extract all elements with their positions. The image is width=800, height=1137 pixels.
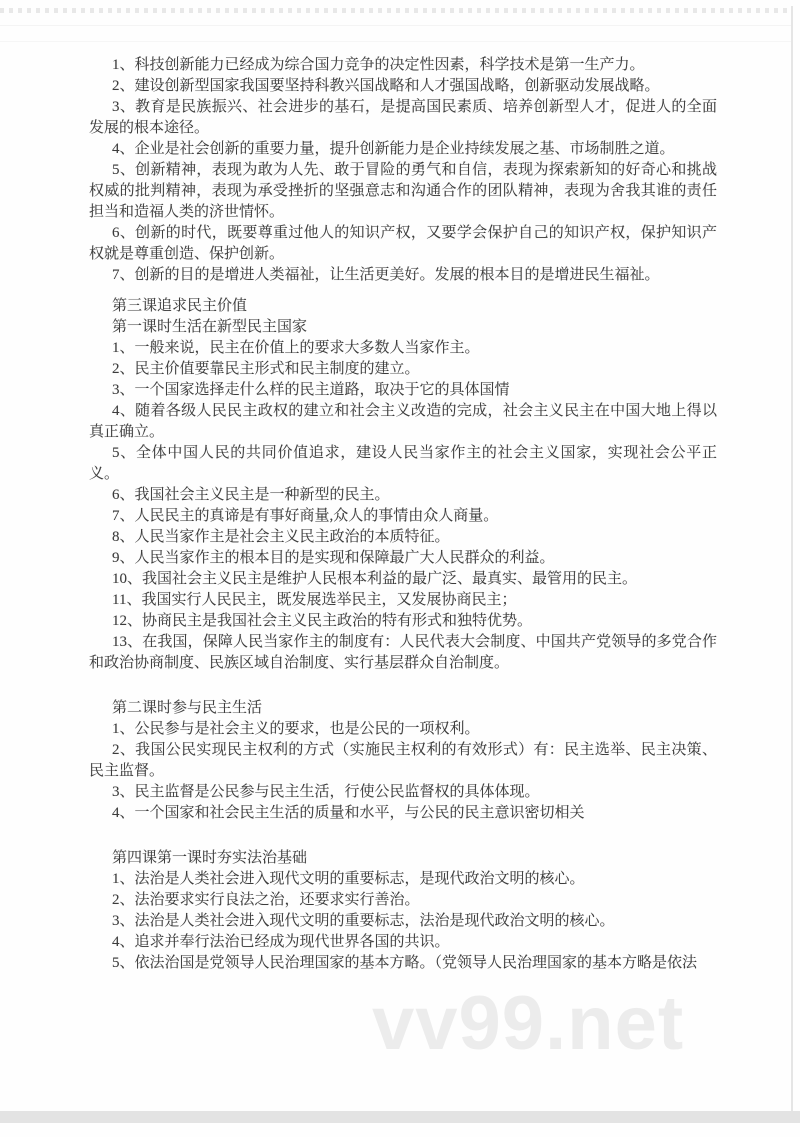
- section-heading: 第一课时生活在新型民主国家: [89, 317, 717, 338]
- note-item: 2、建设创新型国家我国要坚持科教兴国战略和人才强国战略，创新驱动发展战略。: [89, 76, 717, 97]
- page-right-edge-artifact: [791, 6, 793, 1112]
- note-item: 4、追求并奉行法治已经成为现代世界各国的共识。: [89, 932, 717, 953]
- document-section: 第三课追求民主价值第一课时生活在新型民主国家1、一般来说，民主在价值上的要求大多…: [89, 296, 717, 674]
- page-bottom-edge-artifact: [0, 1111, 800, 1123]
- document-content: 1、科技创新能力已经成为综合国力竞争的决定性因素，科学技术是第一生产力。2、建设…: [89, 55, 717, 974]
- note-item: 4、企业是社会创新的重要力量，提升创新能力是企业持续发展之基、市场制胜之道。: [89, 139, 717, 160]
- section-heading: 第三课追求民主价值: [89, 296, 717, 317]
- scan-line-artifact: [0, 25, 792, 26]
- document-section: 第四课第一课时夯实法治基础1、法治是人类社会进入现代文明的重要标志，是现代政治文…: [89, 848, 717, 974]
- note-item: 1、科技创新能力已经成为综合国力竞争的决定性因素，科学技术是第一生产力。: [89, 55, 717, 76]
- note-item: 6、我国社会主义民主是一种新型的民主。: [89, 485, 717, 506]
- watermark-text: vv99.net: [372, 980, 684, 1067]
- note-item: 5、创新精神，表现为敢为人先、敢于冒险的勇气和自信，表现为探索新知的好奇心和挑战…: [89, 160, 717, 223]
- note-item: 2、法治要求实行良法之治，还要求实行善治。: [89, 890, 717, 911]
- note-item: 8、人民当家作主是社会主义民主政治的本质特征。: [89, 527, 717, 548]
- note-item: 5、依法治国是党领导人民治理国家的基本方略。（党领导人民治理国家的基本方略是依法: [89, 953, 717, 974]
- section-heading: 第二课时参与民主生活: [89, 698, 717, 719]
- note-item: 3、法治是人类社会进入现代文明的重要标志，法治是现代政治文明的核心。: [89, 911, 717, 932]
- note-item: 4、一个国家和社会民主生活的质量和水平，与公民的民主意识密切相关: [89, 803, 717, 824]
- note-item: 2、民主价值要靠民主形式和民主制度的建立。: [89, 359, 717, 380]
- document-section: 1、科技创新能力已经成为综合国力竞争的决定性因素，科学技术是第一生产力。2、建设…: [89, 55, 717, 286]
- note-item: 1、公民参与是社会主义的要求，也是公民的一项权利。: [89, 719, 717, 740]
- note-item: 1、法治是人类社会进入现代文明的重要标志，是现代政治文明的核心。: [89, 869, 717, 890]
- note-item: 13、在我国，保障人民当家作主的制度有：人民代表大会制度、中国共产党领导的多党合…: [89, 632, 717, 674]
- scan-line-artifact: [0, 41, 792, 42]
- note-item: 6、创新的时代，既要尊重过他人的知识产权，又要学会保护自己的知识产权，保护知识产…: [89, 223, 717, 265]
- note-item: 4、随着各级人民民主政权的建立和社会主义改造的完成，社会主义民主在中国大地上得以…: [89, 401, 717, 443]
- note-item: 10、我国社会主义民主是维护人民根本利益的最广泛、最真实、最管用的民主。: [89, 569, 717, 590]
- note-item: 2、我国公民实现民主权利的方式（实施民主权利的有效形式）有：民主选举、民主决策、…: [89, 740, 717, 782]
- note-item: 7、创新的目的是增进人类福祉，让生活更美好。发展的根本目的是增进民生福祉。: [89, 265, 717, 286]
- note-item: 9、人民当家作主的根本目的是实现和保障最广大人民群众的利益。: [89, 548, 717, 569]
- note-item: 5、全体中国人民的共同价值追求，建设人民当家作主的社会主义国家，实现社会公平正义…: [89, 443, 717, 485]
- note-item: 11、我国实行人民民主，既发展选举民主，又发展协商民主；: [89, 590, 717, 611]
- note-item: 3、民主监督是公民参与民主生活，行使公民监督权的具体体现。: [89, 782, 717, 803]
- note-item: 12、协商民主是我国社会主义民主政治的特有形式和独特优势。: [89, 611, 717, 632]
- note-item: 7、人民民主的真谛是有事好商量,众人的事情由众人商量。: [89, 506, 717, 527]
- document-section: 第二课时参与民主生活1、公民参与是社会主义的要求，也是公民的一项权利。2、我国公…: [89, 698, 717, 824]
- page-top-edge-artifact: [0, 8, 792, 13]
- note-item: 3、一个国家选择走什么样的民主道路，取决于它的具体国情: [89, 380, 717, 401]
- section-heading: 第四课第一课时夯实法治基础: [89, 848, 717, 869]
- note-item: 3、教育是民族振兴、社会进步的基石，是提高国民素质、培养创新型人才，促进人的全面…: [89, 97, 717, 139]
- scanned-document-page: 1、科技创新能力已经成为综合国力竞争的决定性因素，科学技术是第一生产力。2、建设…: [0, 0, 800, 1137]
- note-item: 1、一般来说，民主在价值上的要求大多数人当家作主。: [89, 338, 717, 359]
